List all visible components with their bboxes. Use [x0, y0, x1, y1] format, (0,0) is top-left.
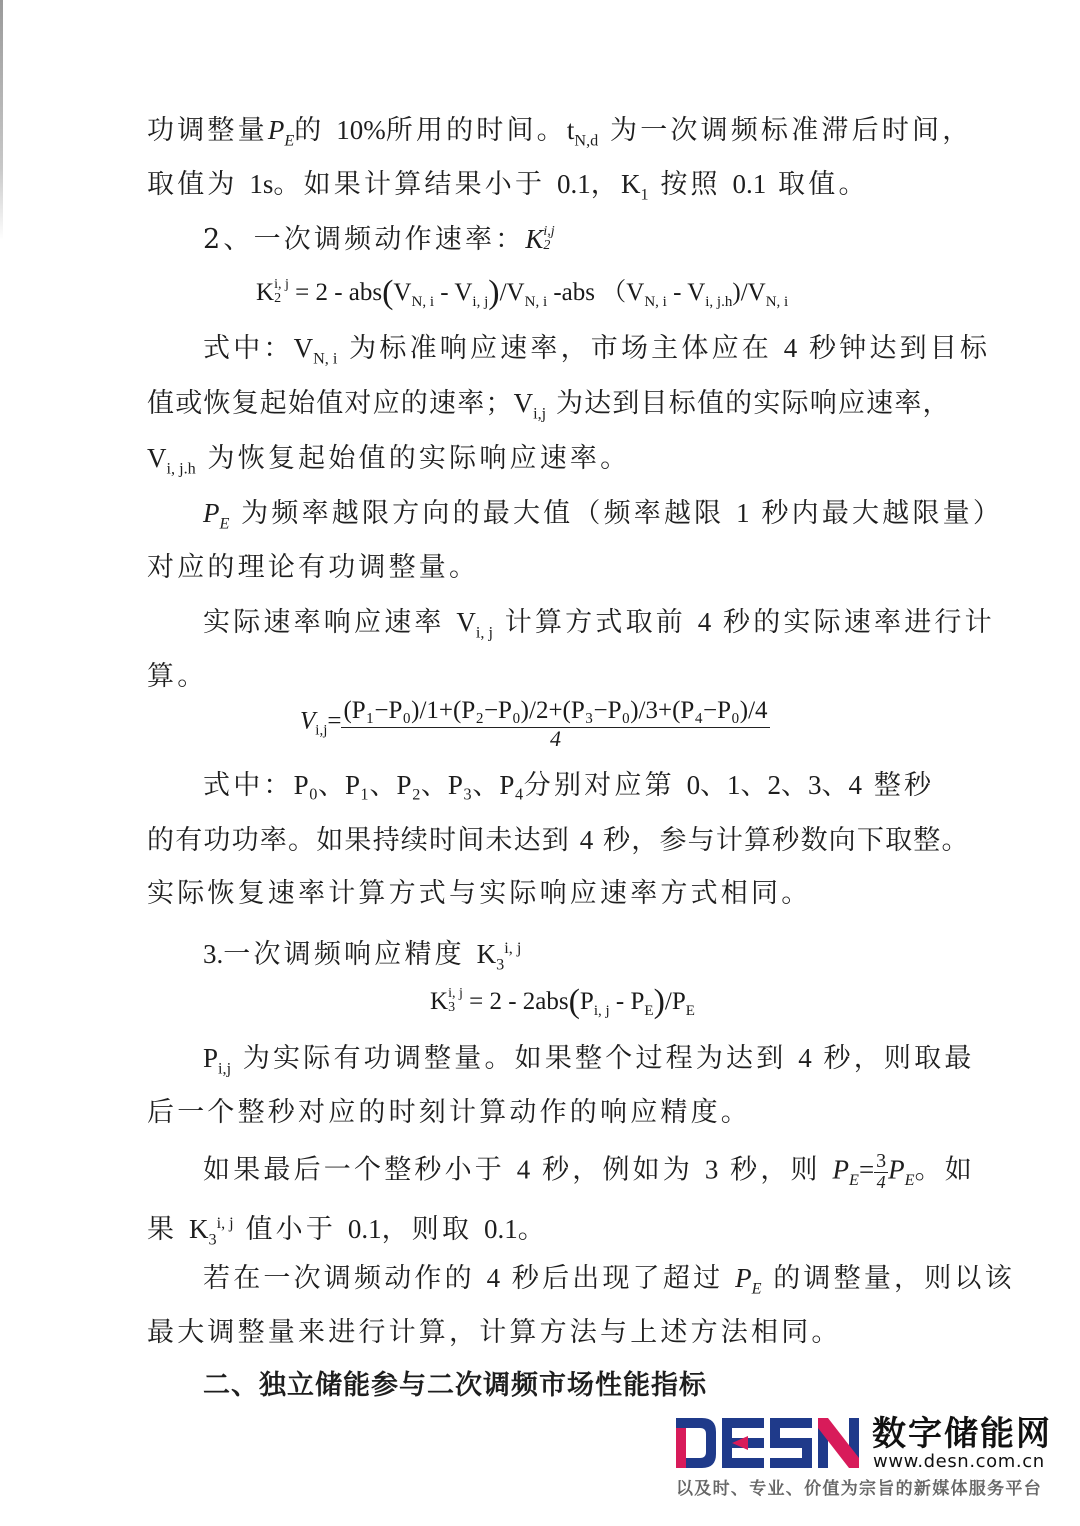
logo-tagline: 以及时、专业、价值为宗旨的新媒体服务平台: [676, 1478, 1042, 1500]
text-line: 果 K3i, j 值小于 0.1，则取 0.1。: [147, 1206, 957, 1256]
formula-vij: Vi,j=(P₁−P₀)/1+(P₂−P₀)/2+(P₃−P₀)/3+(P₄−P…: [300, 696, 770, 750]
subsection-title-k2: 2、一次调频动作速率：Ki,j2: [203, 222, 957, 257]
text-line: 算。: [147, 660, 957, 694]
subsection-title-k3: 3.一次调频响应精度 K3i, j: [203, 931, 957, 981]
logo-site-name: 数字储能网: [872, 1416, 1052, 1452]
page-edge-shadow: [0, 0, 3, 240]
text-line: 对应的理论有功调整量。: [147, 551, 957, 585]
text-line: 值或恢复起始值对应的速率；Vi,j 为达到目标值的实际响应速率，: [147, 386, 957, 430]
text-line: 最大调整量来进行计算，计算方法与上述方法相同。: [147, 1316, 957, 1350]
text-line: 取值为 1s。如果计算结果小于 0.1，K1 按照 0.1 取值。: [147, 167, 957, 211]
formula-k2: Ki, j2 = 2 - abs(VN, i - Vi, j)/VN, i -a…: [256, 276, 788, 319]
text-line: 实际恢复速率计算方式与实际响应速率方式相同。: [147, 877, 957, 911]
section-heading: 二、独立储能参与二次调频市场性能指标: [203, 1369, 957, 1403]
text-line: 若在一次调频动作的 4 秒后出现了超过 PE 的调整量，则以该: [203, 1261, 957, 1305]
text-line: 式中：P₀、P₁、P₂、P₃、P₄分别对应第 0、1、2、3、4 整秒: [203, 768, 957, 803]
text-line: 式中：VN, i 为标准响应速率，市场主体应在 4 秒钟达到目标: [203, 331, 957, 375]
text-line: 实际速率响应速率 Vi, j 计算方式取前 4 秒的实际速率进行计: [203, 605, 957, 649]
text-line: Pi,j 为实际有功调整量。如果整个过程为达到 4 秒，则取最: [203, 1041, 957, 1085]
text-line: 的有功功率。如果持续时间未达到 4 秒，参与计算秒数向下取整。: [147, 823, 957, 858]
text-line: PE 为频率越限方向的最大值（频率越限 1 秒内最大越限量）: [203, 496, 957, 540]
desn-logo-icon: [676, 1418, 859, 1468]
logo-site-url: www.desn.com.cn: [873, 1452, 1045, 1472]
desn-watermark-logo: 数字储能网 www.desn.com.cn 以及时、专业、价值为宗旨的新媒体服务…: [676, 1414, 1066, 1504]
text-line: 后一个整秒对应的时刻计算动作的响应精度。: [147, 1096, 957, 1130]
text-line: 功调整量PE的 10%所用的时间。tN,d 为一次调频标准滞后时间，: [147, 113, 957, 157]
text-line: Vi, j.h 为恢复起始值的实际响应速率。: [147, 441, 957, 485]
formula-k3: Ki, j3 = 2 - 2abs(Pi, j - PE)/PE: [430, 985, 695, 1028]
text-line: 如果最后一个整秒小于 4 秒，例如为 3 秒，则 PE=34PE。如: [203, 1151, 957, 1197]
